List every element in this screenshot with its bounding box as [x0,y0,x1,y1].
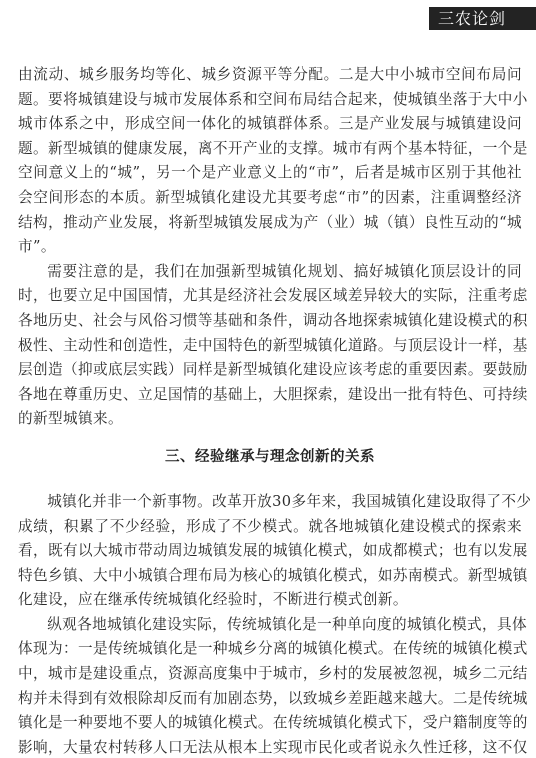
text-line: 成绩，积累了不少经验，形成了不少模式。就各地城镇化建设模式的探索来 [18,515,522,540]
text-line: 各地在尊重历史、立足国情的基础上，大胆探索，建设出一批有特色、可持续 [18,383,522,408]
text-line: 会空间形态的本质。新型城镇化建设尤其要考虑“市”的因素，注重调整经济 [18,186,522,211]
paragraph-top-1: 由流动、城乡服务均等化、城乡资源平等分配。二是大中小城市空间布局问 题。要将城镇… [18,63,522,260]
text-line: 构并未得到有效根除却反而有加剧态势，以致城乡差距越来越大。二是传统城 [18,687,522,712]
text-line: 由流动、城乡服务均等化、城乡资源平等分配。二是大中小城市空间布局问 [18,63,522,88]
text-line: 纵观各地城镇化建设实际，传统城镇化是一种单向度的城镇化模式，具体 [18,613,522,638]
text-line: 镇化是一种要地不要人的城镇化模式。在传统城镇化模式下，受户籍制度等的 [18,711,522,736]
text-line: 结构，推动产业发展，将新型城镇发展成为产（业）城（镇）良性互动的“城 [18,211,522,236]
section-label-bar: 三农论剑 [429,7,536,30]
text-line: 影响，大量农村转移人口无法从根本上实现市民化或者说永久性迁移，这不仅 [18,736,522,758]
text-line: 中，城市是建设重点，资源高度集中于城市，乡村的发展被忽视，城乡二元结 [18,662,522,687]
text-line: 时，也要立足中国国情，尤其是经济社会发展区域差异较大的实际，注重考虑 [18,284,522,309]
text-line: 需要注意的是，我们在加强新型城镇化规划、搞好城镇化顶层设计的同 [18,260,522,285]
text-line: 各地历史、社会与风俗习惯等基础和条件，调动各地探索城镇化建设模式的积 [18,309,522,334]
paragraph-bottom-2: 纵观各地城镇化建设实际，传统城镇化是一种单向度的城镇化模式，具体 体现为：一是传… [18,613,522,758]
article-body: 由流动、城乡服务均等化、城乡资源平等分配。二是大中小城市空间布局问 题。要将城镇… [18,63,522,758]
text-line: 化建设，应在继承传统城镇化经验时，不断进行模式创新。 [18,588,522,613]
text-line: 体现为：一是传统城镇化是一种城乡分离的城镇化模式。在传统的城镇化模式 [18,637,522,662]
section-heading: 三、经验继承与理念创新的关系 [18,432,522,490]
text-line: 极性、主动性和创造性，走中国特色的新型城镇化道路。与顶层设计一样，基 [18,334,522,359]
paragraph-top-2: 需要注意的是，我们在加强新型城镇化规划、搞好城镇化顶层设计的同 时，也要立足中国… [18,260,522,432]
text-line: 看，既有以大城市带动周边城镇发展的城镇化模式，如成都模式；也有以发展 [18,539,522,564]
text-line: 题。新型城镇的健康发展，离不开产业的支撑。城市有两个基本特征，一个是 [18,137,522,162]
section-label: 三农论剑 [438,9,506,28]
text-line: 城市体系之中，形成空间一体化的城镇群体系。三是产业发展与城镇建设问 [18,112,522,137]
text-line: 的新型城镇来。 [18,407,522,432]
text-line: 城镇化并非一个新事物。改革开放30多年来，我国城镇化建设取得了不少 [18,490,522,515]
text-line: 市”。 [18,235,522,260]
text-line: 题。要将城镇建设与城市发展体系和空间布局结合起来，使城镇坐落于大中小 [18,88,522,113]
text-line: 特色乡镇、大中小城镇合理布局为核心的城镇化模式，如苏南模式。新型城镇 [18,564,522,589]
text-line: 层创造（抑或底层实践）同样是新型城镇化建设应该考虑的重要因素。要鼓励 [18,358,522,383]
text-line: 空间意义上的“城”，另一个是产业意义上的“市”，后者是城市区别于其他社 [18,161,522,186]
paragraph-bottom-1: 城镇化并非一个新事物。改革开放30多年来，我国城镇化建设取得了不少 成绩，积累了… [18,490,522,613]
